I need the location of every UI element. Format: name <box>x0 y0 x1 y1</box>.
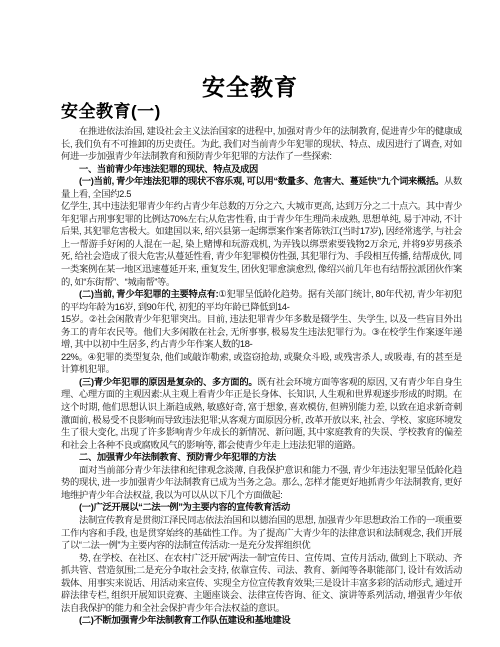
document-page: 安全教育 安全教育(一) 在推进依法治国, 建设社会主义法治国家的进程中, 加强… <box>0 0 500 647</box>
paragraph-lead-text: 二、加强青少年法制教育、预防青少年犯罪的方法 <box>79 452 276 462</box>
paragraph-characteristics-continued-2: 22%。④犯罪的类型复杂, 他们或敲诈勒索, 或盗窃抢劫, 或聚众斗殴, 或残害… <box>61 351 462 376</box>
paragraph-lead-text: (一)当前, 青少年违法犯罪的现状不容乐观, 可以用“数量多、危害大、蔓延快”九… <box>79 176 444 186</box>
paragraph-lead-text: (二)当前, 青少年犯罪的主要特点有: <box>79 289 218 299</box>
heading-method-1: (一)广泛开展以“二法一例”为主要内容的宣传教育活动 <box>61 501 462 514</box>
section-heading: 安全教育(一) <box>61 102 462 122</box>
paragraph-status-continued: 亿学生, 其中违法犯罪青少年约占青少年总数的万分之六, 大城市更高, 达到万分之… <box>61 200 462 288</box>
document-body: 在推进依法治国, 建设社会主义法治国家的进程中, 加强对青少年的法制教育, 促进… <box>61 125 462 627</box>
paragraph-text: 既有社会环境方面等客观的原因, 又有青少年自身生理、心理方面的主观因素:从主观上… <box>61 377 462 450</box>
heading-section-1: 一、当前青少年违法犯罪的现状、特点及成因 <box>61 163 462 176</box>
document-content: 安全教育(一) 在推进依法治国, 建设社会主义法治国家的进程中, 加强对青少年的… <box>61 102 462 627</box>
paragraph-text: 22%。④犯罪的类型复杂, 他们或敲诈勒索, 或盗窃抢劫, 或聚众斗殴, 或残害… <box>61 352 462 375</box>
paragraph-text: 在推进依法治国, 建设社会主义法治国家的进程中, 加强对青少年的法制教育, 促进… <box>61 126 462 161</box>
paragraph-text: 法制宣传教育是贯彻江泽民同志依法治国和以德治国的思想, 加强青少年思想政治工作的… <box>61 515 462 550</box>
heading-method-2: (二)不断加强青少年法制教育工作队伍建设和基地建设 <box>61 614 462 627</box>
paragraph-text: 势, 在学校、在社区、在农村广泛开展“两法一制”宣传日、宣传周、宣传月活动, 做… <box>61 553 462 613</box>
paragraph-lead-text: 一、当前青少年违法犯罪的现状、特点及成因 <box>79 164 258 174</box>
paragraph-intro: 在推进依法治国, 建设社会主义法治国家的进程中, 加强对青少年的法制教育, 促进… <box>61 125 462 163</box>
paragraph-characteristics-continued-1: 15岁。②社会闲散青少年犯罪突出。目前, 违法犯罪青少年多数是辍学生、失学生, … <box>61 313 462 351</box>
paragraph-method-1: 法制宣传教育是贯彻江泽民同志依法治国和以德治国的思想, 加强青少年思想政治工作的… <box>61 514 462 552</box>
paragraph-text: 亿学生, 其中违法犯罪青少年约占青少年总数的万分之六, 大城市更高, 达到万分之… <box>61 201 462 286</box>
heading-section-2: 二、加强青少年法制教育、预防青少年犯罪的方法 <box>61 451 462 464</box>
paragraph-characteristics: (二)当前, 青少年犯罪的主要特点有:①犯罪呈低龄化趋势。据有关部门统计, 80… <box>61 288 462 313</box>
paragraph-causes: (三)青少年犯罪的原因是复杂的、多方面的。既有社会环境方面等客观的原因, 又有青… <box>61 376 462 451</box>
paragraph-lead-text: (一)广泛开展以“二法一例”为主要内容的宣传教育活动 <box>79 502 290 512</box>
paragraph-text: 面对当前部分青少年法律和纪律观念淡薄, 自我保护意识和能力不强, 青少年违法犯罪… <box>61 465 462 500</box>
document-title: 安全教育 <box>0 0 500 100</box>
paragraph-status: (一)当前, 青少年违法犯罪的现状不容乐观, 可以用“数量多、危害大、蔓延快”九… <box>61 175 462 200</box>
paragraph-lead-text: (二)不断加强青少年法制教育工作队伍建设和基地建设 <box>79 615 290 625</box>
paragraph-text: 15岁。②社会闲散青少年犯罪突出。目前, 违法犯罪青少年多数是辍学生、失学生, … <box>61 314 462 349</box>
paragraph-method-intro: 面对当前部分青少年法律和纪律观念淡薄, 自我保护意识和能力不强, 青少年违法犯罪… <box>61 464 462 502</box>
paragraph-method-1-continued: 势, 在学校、在社区、在农村广泛开展“两法一制”宣传日、宣传周、宣传月活动, 做… <box>61 552 462 615</box>
paragraph-lead-text: (三)青少年犯罪的原因是复杂的、多方面的。 <box>79 377 258 387</box>
